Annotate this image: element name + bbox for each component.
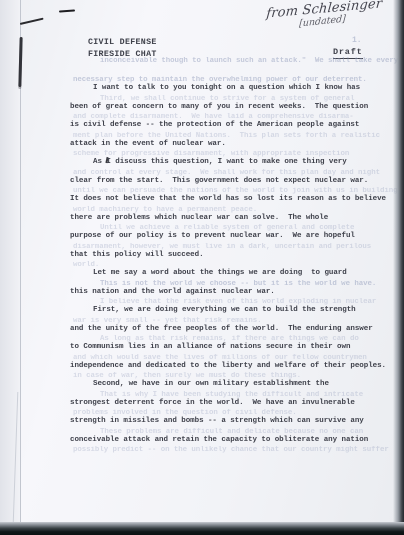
typed-line: this nation and the world against nuclea… [70, 288, 275, 296]
scan-edge-right [393, 0, 404, 535]
typed-line: As I discuss this question, I want to ma… [93, 158, 347, 166]
typed-line: clear from the start. This government do… [70, 177, 368, 185]
scan-edge-bottom [0, 522, 404, 535]
staple-mark [18, 37, 22, 87]
page-left-shading [0, 0, 20, 535]
typed-line: and the unity of the free peoples of the… [70, 325, 373, 333]
scanned-page: from Schlesinger [undated] CIVIL DEFENSE… [0, 0, 404, 535]
typed-line: purpose of our policy is to prevent nucl… [70, 232, 355, 240]
typed-line: there are problems which nuclear war can… [70, 214, 328, 222]
typed-line: strongest deterrent force in the world. … [70, 399, 355, 407]
typed-line: been of great concern to many of you in … [70, 103, 368, 111]
typed-line: to Communism lies in an alliance of nati… [70, 343, 350, 351]
typed-line: independence and dedicated to the libert… [70, 362, 386, 370]
typed-line: that this policy will succeed. [70, 251, 204, 259]
typed-line: strength in missiles and bombs -- a stre… [70, 417, 364, 425]
typed-line: conceivable attack and retain the capaci… [70, 436, 368, 444]
typed-line: First, we are doing everything we can to… [93, 306, 356, 314]
typed-line: It does not believe that the world has s… [70, 195, 386, 203]
typed-line: is civil defense -- the protection of th… [70, 121, 359, 129]
ghost-line: necessary step to maintain the overwhelm… [73, 76, 367, 84]
typed-line: attack in the event of nuclear war. [70, 140, 226, 148]
ghost-line: inconceivable though to launch such an a… [100, 57, 398, 65]
typed-line: Second, we have in our own military esta… [93, 380, 329, 388]
typed-line: Let me say a word about the things we ar… [93, 269, 347, 277]
pen-diagonal-mark [20, 18, 44, 25]
typed-line: I want to talk to you tonight on a quest… [93, 84, 360, 92]
typed-body-text: I want to talk to you tonight on a quest… [70, 84, 390, 464]
